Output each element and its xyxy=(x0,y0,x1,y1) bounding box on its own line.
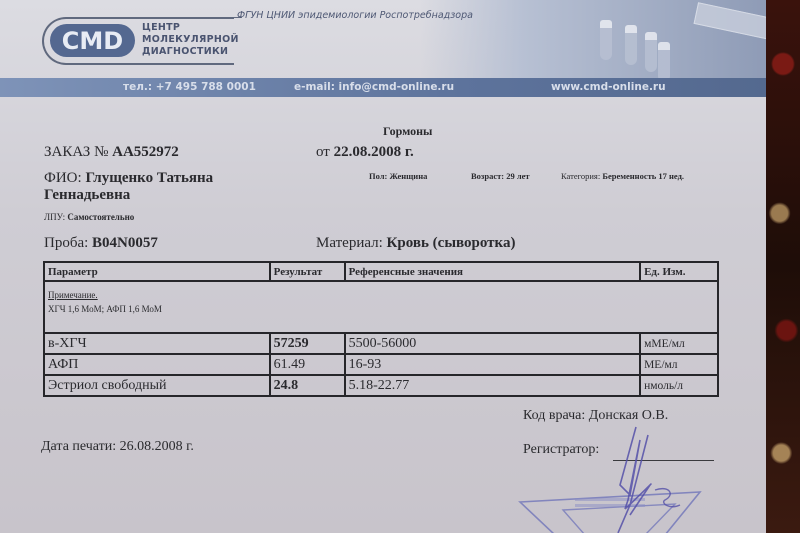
parameter-cell: Эстриол свободный xyxy=(44,375,270,396)
patient-sex: Пол: Женщина xyxy=(369,171,427,181)
phone: тел.: +7 495 788 0001 xyxy=(123,81,256,93)
website: www.cmd-online.ru xyxy=(551,81,666,93)
unit-cell: мМЕ/мл xyxy=(640,333,718,354)
result-cell: 24.8 xyxy=(270,375,345,396)
parameter-cell: в-ХГЧ xyxy=(44,333,270,354)
note-cell: Примечание. ХГЧ 1,6 МоМ; АФП 1,6 МоМ xyxy=(44,281,718,333)
unit-cell: нмоль/л xyxy=(640,375,718,396)
report-title: Гормоны xyxy=(383,124,432,139)
background-carpet xyxy=(766,0,800,533)
order-date: от 22.08.2008 г. xyxy=(316,144,414,161)
signature-icon xyxy=(600,425,690,533)
reference-cell: 16-93 xyxy=(345,354,640,375)
test-tube-image xyxy=(645,32,657,72)
print-date: Дата печати: 26.08.2008 г. xyxy=(41,439,194,455)
patient-category: Категория: Беременность 17 нед. xyxy=(561,171,684,181)
header-result: Результат xyxy=(270,262,345,281)
note-label: Примечание. xyxy=(48,288,714,302)
material: Материал: Кровь (сыворотка) xyxy=(316,235,515,252)
sample-id: Проба: B04N0057 xyxy=(44,235,158,252)
test-tube-image xyxy=(625,25,637,65)
test-tube-image xyxy=(658,42,670,82)
results-table: Параметр Результат Референсные значения … xyxy=(43,261,719,397)
test-tube-image xyxy=(600,20,612,60)
contact-bar: тел.: +7 495 788 0001 e-mail: info@cmd-o… xyxy=(0,78,768,97)
doctor-code: Код врача: Донская О.В. xyxy=(523,408,668,424)
lab-plate-image xyxy=(694,2,774,40)
result-cell: 61.49 xyxy=(270,354,345,375)
note-text: ХГЧ 1,6 МоМ; АФП 1,6 МоМ xyxy=(48,302,714,316)
patient-age: Возраст: 29 лет xyxy=(471,171,530,181)
header-reference: Референсные значения xyxy=(345,262,640,281)
registrar-label: Регистратор: xyxy=(523,442,599,458)
header-unit: Ед. Изм. xyxy=(640,262,718,281)
reference-cell: 5500-56000 xyxy=(345,333,640,354)
unit-cell: МЕ/мл xyxy=(640,354,718,375)
lab-report-sheet: CMD ЦЕНТР МОЛЕКУЛЯРНОЙ ДИАГНОСТИКИ ФГУН … xyxy=(0,0,768,533)
reference-cell: 5.18-22.77 xyxy=(345,375,640,396)
organization-name: ФГУН ЦНИИ эпидемиологии Роспотребнадзора xyxy=(237,10,473,21)
table-row: Эстриол свободный24.85.18-22.77нмоль/л xyxy=(44,375,718,396)
logo-text: ЦЕНТР МОЛЕКУЛЯРНОЙ ДИАГНОСТИКИ xyxy=(142,22,239,58)
table-row: в-ХГЧ572595500-56000мМЕ/мл xyxy=(44,333,718,354)
header-parameter: Параметр xyxy=(44,262,270,281)
lpu: ЛПУ: Самостоятельно xyxy=(44,212,134,222)
table-row: АФП61.4916-93МЕ/мл xyxy=(44,354,718,375)
table-header-row: Параметр Результат Референсные значения … xyxy=(44,262,718,281)
order-number: ЗАКАЗ № AA552972 xyxy=(44,144,179,161)
email: e-mail: info@cmd-online.ru xyxy=(294,81,454,93)
cmd-logo: CMD xyxy=(50,24,135,57)
parameter-cell: АФП xyxy=(44,354,270,375)
patient-name: ФИО: Глущенко Татьяна Геннадьевна xyxy=(44,170,213,204)
note-row: Примечание. ХГЧ 1,6 МоМ; АФП 1,6 МоМ xyxy=(44,281,718,333)
result-cell: 57259 xyxy=(270,333,345,354)
